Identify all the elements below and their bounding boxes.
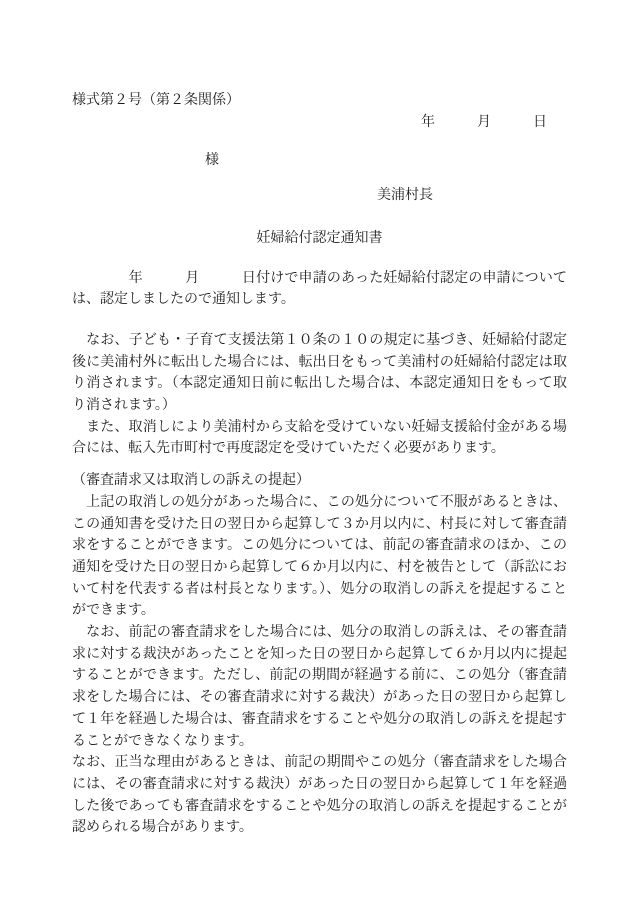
document-page: 様式第２号（第２条関係） 年 月 日 様 美浦村長 妊婦給付認定通知書 年 月 … — [0, 0, 630, 903]
addressee-suffix: 様 — [205, 153, 219, 168]
paragraph-appeal-rights: 上記の取消しの処分があった場合に、この処分について不服があるときは、この通知書を… — [72, 492, 567, 622]
paragraph-appeal-deadline: なお、前記の審査請求をした場合には、処分の取消しの訴えは、その審査請求に対する裁… — [72, 622, 567, 752]
form-number: 様式第２号（第２条関係） — [72, 90, 567, 112]
date-line: 年 月 日 — [72, 112, 567, 134]
sender-name: 美浦村長 — [72, 185, 567, 207]
appeal-section-heading: （審査請求又は取消しの訴えの提起） — [72, 470, 567, 492]
paragraph-appeal-exception: なお、正当な理由があるときは、前記の期間やこの処分（審査請求をした場合には、その… — [72, 752, 567, 839]
paragraph-notification: 年 月 日付けで申請のあった妊婦給付認定の申請については、認定しましたので通知し… — [72, 268, 567, 311]
paragraph-note-cancellation: なお、子ども・子育て支援法第１０条の１０の規定に基づき、妊婦給付認定後に美浦村外… — [72, 330, 567, 417]
addressee-line: 様 — [72, 150, 567, 172]
document-title: 妊婦給付認定通知書 — [72, 228, 567, 250]
paragraph-note-reapplication: また、取消しにより美浦村から支給を受けていない妊婦支援給付金がある場合には、転入… — [72, 417, 567, 460]
